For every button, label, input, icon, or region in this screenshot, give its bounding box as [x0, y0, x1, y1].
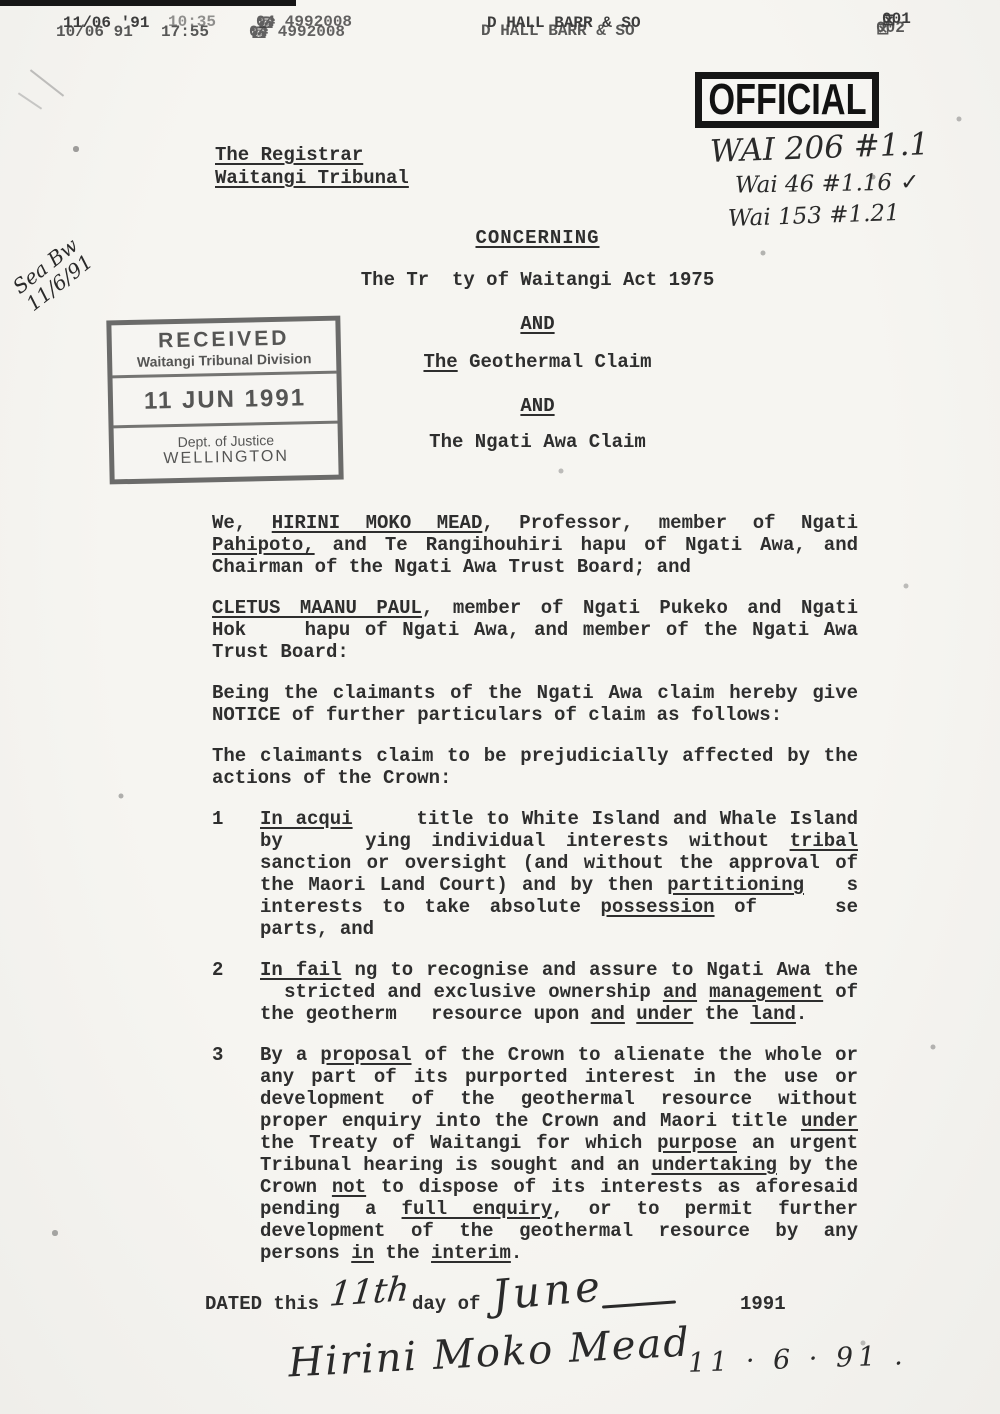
received-stamp-city: WELLINGTON	[114, 447, 338, 470]
fax-transmission-header: 11/06 '91 10:35 ☎04 4992008 D HALL BARR …	[0, 0, 1000, 46]
dated-year: 1991	[740, 1293, 786, 1316]
fax-page-number-ghost: 002	[876, 19, 905, 37]
claim-text: In fail ng to recognise and assure to Ng…	[260, 959, 858, 1025]
paragraph-notice: Being the claimants of the Ngati Awa cla…	[212, 682, 858, 726]
fax-phone-number-ghost: 04 4992008	[249, 23, 345, 41]
scanned-fax-document: 11/06 '91 10:35 ☎04 4992008 D HALL BARR …	[0, 0, 1000, 1414]
wai-claim-number-1: WAI 206 #1.1	[709, 126, 929, 170]
pencil-mark	[30, 69, 64, 96]
pen-flourish	[602, 1300, 676, 1308]
pencil-mark	[18, 92, 42, 109]
document-body: We, HIRINI MOKO MEAD, Professor, member …	[212, 512, 858, 1283]
wai-claim-number-2: Wai 46 #1.16✓	[735, 169, 920, 198]
signature: Hirini Moko Mead	[287, 1319, 692, 1386]
dated-middle: day of	[412, 1293, 480, 1316]
claim-item-2: 2 In fail ng to recognise and assure to …	[212, 959, 858, 1025]
claim-number: 2	[212, 959, 260, 1025]
claim-text: In acqui title to White Island and Whale…	[260, 808, 858, 940]
claim-number: 1	[212, 808, 260, 940]
recipient-address: The Registrar Waitangi Tribunal	[215, 144, 409, 190]
checkmark-icon: ✓	[900, 169, 920, 195]
recipient-line-2: Waitangi Tribunal	[215, 167, 409, 190]
dated-prefix: DATED this	[205, 1293, 319, 1316]
claim-item-3: 3 By a proposal of the Crown to alienate…	[212, 1044, 858, 1264]
claim-number: 3	[212, 1044, 260, 1264]
margin-annotation: Sea Bw 11/6/91	[9, 233, 97, 315]
heading-act: The Tr ty of Waitangi Act 1975	[215, 269, 860, 291]
fax-date-ghost: 10/06 91	[56, 23, 133, 41]
claim-text: By a proposal of the Crown to alienate t…	[260, 1044, 858, 1264]
signature-date: 11 · 6 · 91 .	[688, 1340, 909, 1379]
official-stamp: OFFICIAL	[695, 72, 879, 128]
fax-sender-name-ghost: D HALL BARR & SO	[481, 22, 635, 40]
official-stamp-label: OFFICIAL	[708, 78, 866, 122]
received-stamp-title: RECEIVED	[111, 321, 336, 355]
heading-concerning: CONCERNING	[215, 227, 860, 249]
paragraph-prejudice: The claimants claim to be prejudicially …	[212, 745, 858, 789]
received-stamp: RECEIVED Waitangi Tribunal Division 11 J…	[106, 316, 343, 485]
handwritten-month: June	[490, 1261, 606, 1320]
received-stamp-date: 11 JUN 1991	[113, 374, 338, 429]
paragraph-claimant-2: CLETUS MAANU PAUL, member of Ngati Pukek…	[212, 597, 858, 663]
fax-time-ghost: 17:55	[161, 23, 209, 41]
handwritten-day: 11th	[327, 1269, 411, 1314]
paragraph-claimant-1: We, HIRINI MOKO MEAD, Professor, member …	[212, 512, 858, 578]
recipient-line-1: The Registrar	[215, 144, 409, 167]
claim-item-1: 1 In acqui title to White Island and Wha…	[212, 808, 858, 940]
